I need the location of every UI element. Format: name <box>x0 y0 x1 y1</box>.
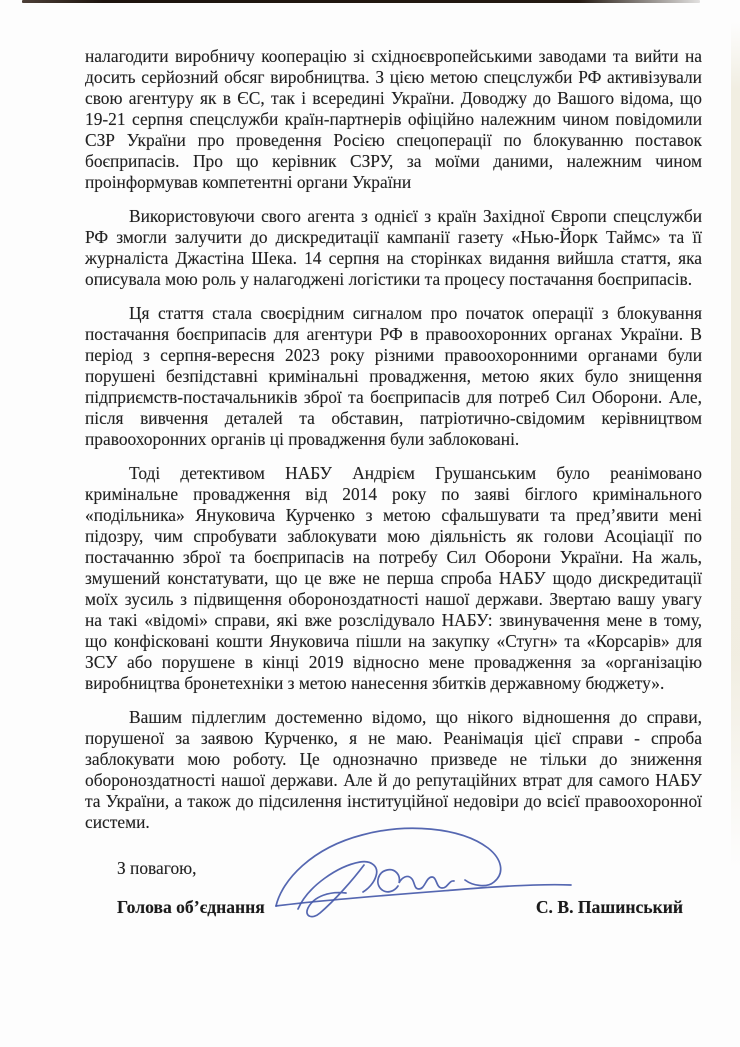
scan-artifact-right-edge <box>731 22 740 867</box>
paragraph-4: Тоді детективом НАБУ Андрієм Грушанським… <box>85 463 702 694</box>
signature-row: Голова об’єднання С. В. Пашинський <box>0 897 740 918</box>
signer-name: С. В. Пашинський <box>536 897 683 918</box>
closing-salutation: З повагою, <box>117 858 197 879</box>
scan-artifact-top-edge <box>22 0 700 3</box>
paragraph-2: Використовуючи свого агента з однієї з к… <box>85 206 702 290</box>
letter-body: налагодити виробничу кооперацію зі східн… <box>85 46 702 846</box>
paragraph-5: Вашим підлеглим достеменно відомо, що ні… <box>85 707 702 833</box>
scanned-letter-page: налагодити виробничу кооперацію зі східн… <box>0 0 740 1047</box>
paragraph-1: налагодити виробничу кооперацію зі східн… <box>85 46 702 193</box>
signer-title: Голова об’єднання <box>117 897 265 918</box>
paragraph-3: Ця стаття стала своєрідним сигналом про … <box>85 303 702 450</box>
